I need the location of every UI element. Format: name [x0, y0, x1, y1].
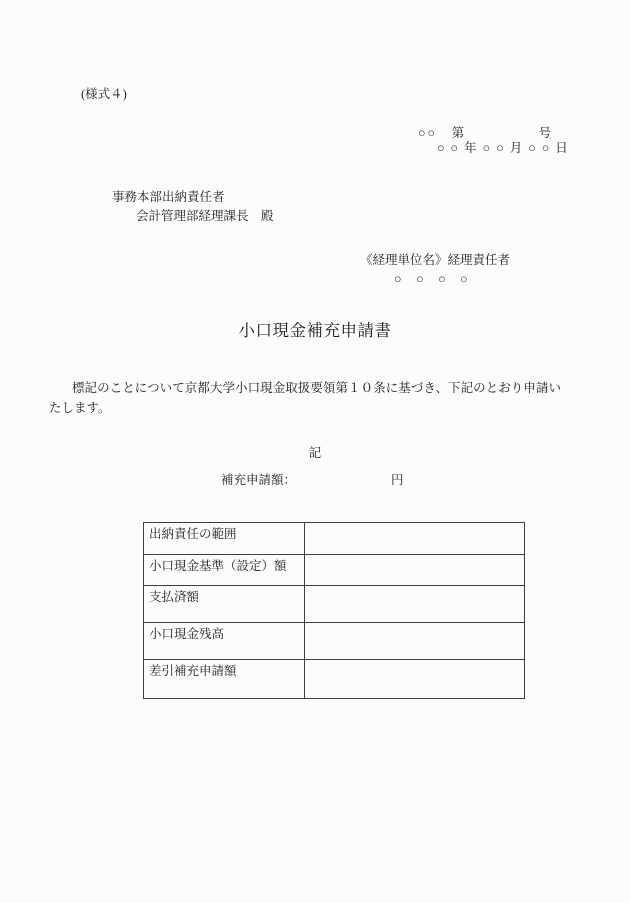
document-date-line: ○○年○○月○○日	[437, 139, 574, 157]
row-value-scope-of-responsibility	[305, 523, 525, 555]
document-page: (様式４) ○○ 第 号 ○○年○○月○○日 事務本部出納責任者 会計管理部経理…	[0, 0, 630, 903]
body-paragraph: 標記のことについて京都大学小口現金取扱要領第１０条に基づき、下記のとおり申請いた…	[49, 379, 561, 418]
form-style-label: (様式４)	[81, 85, 127, 103]
row-value-cash-balance	[305, 623, 525, 660]
table-row: 小口現金残高	[144, 623, 525, 660]
section-marker-ki: 記	[0, 444, 630, 462]
table-row: 差引補充申請額	[144, 660, 525, 699]
table-row: 小口現金基準（設定）額	[144, 555, 525, 586]
row-label-cash-balance: 小口現金残高	[144, 623, 305, 660]
row-label-paid-amount: 支払済額	[144, 586, 305, 623]
sender-unit-line: 《経理単位名》経理責任者	[360, 251, 510, 269]
document-title: 小口現金補充申請書	[0, 319, 630, 343]
recipient-line-2: 会計管理部経理課長 殿	[136, 207, 274, 225]
replenishment-amount-label: 補充申請額：	[221, 471, 296, 489]
yen-unit-label: 円	[391, 471, 404, 489]
row-label-scope-of-responsibility: 出納責任の範囲	[144, 523, 305, 555]
row-value-standard-amount	[305, 555, 525, 586]
petty-cash-table: 出納責任の範囲 小口現金基準（設定）額 支払済額 小口現金残高 差引補充申請額	[143, 522, 525, 699]
table-row: 支払済額	[144, 586, 525, 623]
row-value-net-request-amount	[305, 660, 525, 699]
row-label-standard-amount: 小口現金基準（設定）額	[144, 555, 305, 586]
recipient-line-1: 事務本部出納責任者	[112, 188, 225, 206]
row-label-net-request-amount: 差引補充申請額	[144, 660, 305, 699]
table-row: 出納責任の範囲	[144, 523, 525, 555]
sender-name-placeholder: ○ ○ ○ ○	[394, 270, 469, 288]
row-value-paid-amount	[305, 586, 525, 623]
